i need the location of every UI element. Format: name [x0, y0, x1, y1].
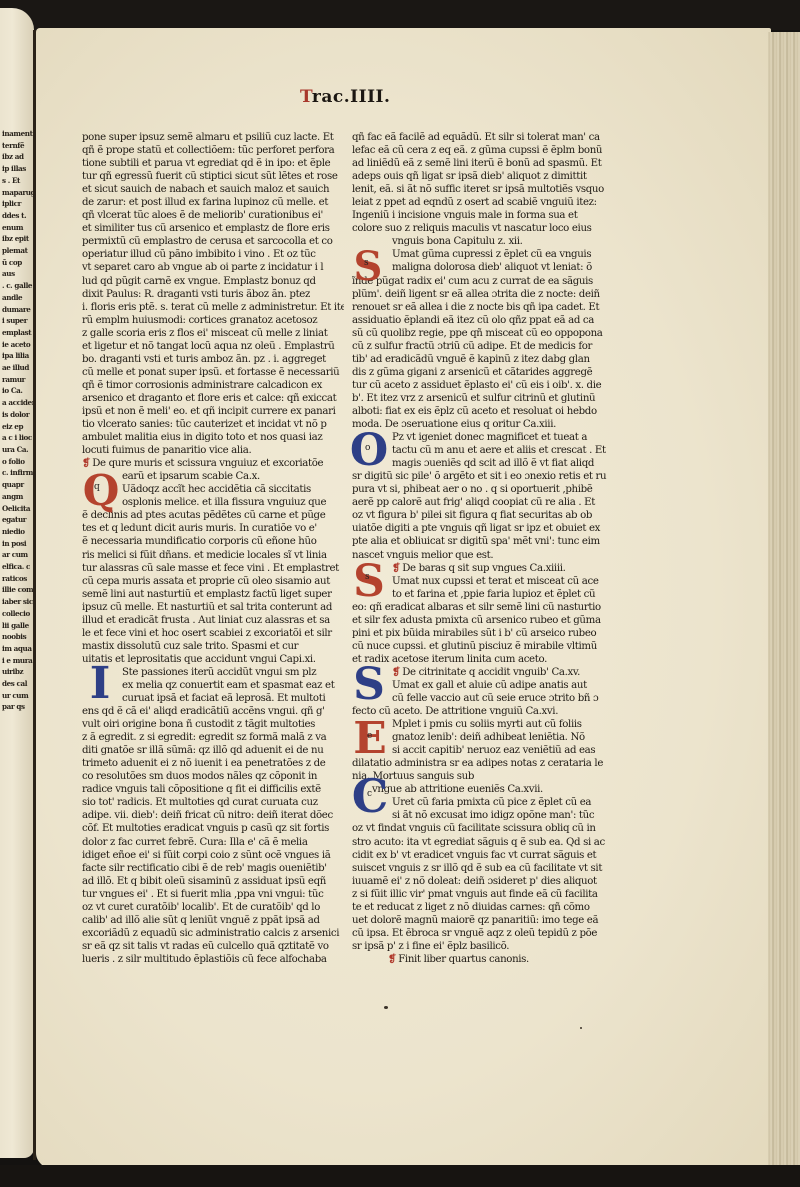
initial-letter: I: [90, 658, 111, 709]
text-line: assiduatio ẽplandi eã itez cũ olo qñz pp…: [352, 314, 614, 327]
line-text: uet dolorẽ magnũ maiorẽ qz panaritiũ: im…: [352, 915, 598, 926]
guide-letter: o: [365, 443, 370, 453]
text-line: vt separet caro ab vngue ab oi parte z i…: [82, 261, 344, 274]
line-text: to et farina et ,ppie faria lupioz et ẽp…: [392, 589, 595, 600]
text-line: diti gnatõe sr illã sũmã: qz illõ qd adu…: [82, 744, 344, 757]
scan-background-bottom: [0, 1165, 800, 1187]
line-text: pini et pix bũida mirabiles sũt i b' cũ …: [352, 628, 596, 639]
text-line: plũm'. deiñ ligent sr eã allea ɔtrita di…: [352, 288, 614, 301]
line-text: de zarur: et post illud ex farina lupino…: [82, 197, 328, 208]
text-line: et ligetur et nõ tangat locũ aqua nz ole…: [82, 340, 344, 353]
text-line: sũ cũ quolibz regie, ppe qñ misceat cũ e…: [352, 327, 614, 340]
initial-letter: Q: [83, 466, 120, 515]
facing-page-line: ramur: [2, 374, 34, 386]
text-line: ❡De qure muris et scissura vnguiuz et ex…: [82, 457, 344, 470]
text-line: ris melici si fũit dñans. et medicie loc…: [82, 549, 344, 562]
text-line: bo. draganti vsti et turis amboz ãn. pz …: [82, 353, 344, 366]
line-text: sio tot' radicis. Et multoties qd curat …: [82, 797, 318, 808]
line-text: aerẽ pp calorẽ aut frig' aliqd coopiat c…: [352, 497, 595, 508]
facing-page-line: egatur: [2, 514, 34, 526]
text-line: cidit ex b' vt eradicet vnguis fac vt cu…: [352, 849, 614, 862]
text-line: sio tot' radicis. Et multoties qd curat …: [82, 796, 344, 809]
text-line: ĩnde pũgat radix ei' cum acu z currat de…: [352, 275, 614, 288]
text-line: to et farina et ,ppie faria lupioz et ẽp…: [352, 588, 614, 601]
line-text: facte silr rectificatio cibi ẽ de reb' m…: [82, 863, 327, 874]
line-text: semẽ lini aut nasturtiũ et emplastz fact…: [82, 589, 332, 600]
line-text: tur cũ aceto z assiduet ẽplasto ei' cũ e…: [352, 380, 601, 391]
facing-page-line: a accidens: [2, 397, 34, 409]
line-text: pone super ipsuz semẽ almaru et psiliũ c…: [82, 132, 334, 143]
facing-page-line: iplicr: [2, 198, 34, 210]
text-line: aerẽ pp calorẽ aut frig' aliqd coopiat c…: [352, 496, 614, 509]
text-line: et radix acetose iterum linita cum aceto…: [352, 653, 614, 666]
facing-page-line: im aqua: [2, 643, 34, 655]
facing-page-line: ipa lilia: [2, 350, 34, 362]
text-line: vngue ab attritione eueniẽs Ca.xvii.: [352, 783, 614, 796]
line-text: sr eã qz sit talis vt radas eũ culcello …: [82, 941, 329, 952]
facing-page-line: emplast: [2, 327, 34, 339]
text-line: uet dolorẽ magnũ maiorẽ qz panaritiũ: im…: [352, 914, 614, 927]
facing-page-line: i super: [2, 315, 34, 327]
line-text: illud et eradicãt frusta . Aut liniat cu…: [82, 615, 330, 626]
line-text: z ã egredit. z si egredit: egredit sz fo…: [82, 732, 326, 743]
guide-letter: s: [365, 572, 370, 582]
line-text: adipe. vii. dieb': deiñ fricat cũ nitro:…: [82, 810, 333, 821]
initial-c: C c: [350, 776, 390, 816]
line-text: et sicut sauich de nabach et sauich malo…: [82, 184, 329, 195]
text-line: cũ cepa muris assata et proprie cũ oleo …: [82, 575, 344, 588]
line-text: vngue ab attritione eueniẽs Ca.xvii.: [372, 784, 543, 795]
text-column-left: pone super ipsuz semẽ almaru et psiliũ c…: [82, 131, 344, 966]
text-line: et sicut sauich de nabach et sauich malo…: [82, 183, 344, 196]
line-text: ipsuz cũ melle. Et nasturtiũ et sal trit…: [82, 602, 332, 613]
line-text: et similiter tus cũ arsenico et emplastz…: [82, 223, 330, 234]
line-text: co resolutões sm duos modos nãles qz cõp…: [82, 771, 317, 782]
line-text: ex melia qz conuertit eam et spasmat eaz…: [122, 680, 334, 691]
text-line: calib' ad illõ alie sũt q leniũt vnguẽ z…: [82, 914, 344, 927]
line-text: Umat nux cupssi et terat et misceat cũ a…: [392, 576, 599, 587]
line-text: dis z gũma gigani z arsenicũ et cãtaride…: [352, 367, 592, 378]
text-line: arsenico et draganto et flore eris et ca…: [82, 392, 344, 405]
text-line: et similiter tus cũ arsenico et emplastz…: [82, 222, 344, 235]
text-line: qñ ẽ timor corrosionis administrare calc…: [82, 379, 344, 392]
text-line: cũ ipsa. Et ẽbroca sr vnguẽ aqz z oleũ t…: [352, 927, 614, 940]
text-line: vnguis bona Capitulu z. xii.: [352, 235, 614, 248]
line-text: arsenico et draganto et flore eris et ca…: [82, 393, 336, 404]
line-text: ris melici si fũit dñans. et medicie loc…: [82, 550, 327, 561]
text-line: pura vt si, phibeat aer o no . q si opor…: [352, 483, 614, 496]
text-line: stro acuto: ita vt egrediat sãguis q ẽ s…: [352, 836, 614, 849]
line-text: earũ et ipsarum scabie Ca.x.: [122, 471, 260, 482]
text-column-right: qñ fac eã facilẽ ad equãdũ. Et silr si t…: [352, 131, 614, 966]
text-line: ẽ necessaria mundificatio corporis cũ eñ…: [82, 535, 344, 548]
line-text: oz vt figura b' pilei sit figura q fiat …: [352, 510, 592, 521]
text-line: sr ipsã p' z i fine ei' ẽplz basilicõ.: [352, 940, 614, 953]
text-line: moda. De ɔseruatione eius q oritur Ca.xi…: [352, 418, 614, 431]
text-line: ex melia qz conuertit eam et spasmat eaz…: [82, 679, 344, 692]
text-line: illud et eradicãt frusta . Aut liniat cu…: [82, 614, 344, 627]
line-text: assiduatio ẽplandi eã itez cũ olo qñz pp…: [352, 315, 594, 326]
text-line: dilatatio administra sr ea adipes notas …: [352, 757, 614, 770]
facing-page-line: collecio: [2, 608, 34, 620]
paper-speck: [580, 1027, 582, 1029]
line-text: renouet sr eã allea i die z nocte bis qñ…: [352, 302, 599, 313]
line-text: osplonis melice. et illa fissura vnguiuz…: [122, 497, 326, 508]
facing-page-line: in posi: [2, 538, 34, 550]
line-text: vt separet caro ab vngue ab oi parte z i…: [82, 262, 323, 273]
text-line: Umat nux cupssi et terat et misceat cũ a…: [352, 575, 614, 588]
facing-page-line: ur cum: [2, 690, 34, 702]
facing-page-text-fragment: inamentũternfẽibz adip illass . Etmaparu…: [2, 128, 34, 713]
line-text: Mplet i pmis cu soliis myrti aut cũ foli…: [392, 719, 582, 730]
line-text: cũ ipsa. Et ẽbroca sr vnguẽ aqz z oleũ t…: [352, 928, 597, 939]
line-text: lenit, eã. si ãt nõ suffic iteret sr ips…: [352, 184, 604, 195]
facing-page-line: enum: [2, 222, 34, 234]
line-text: qñ ẽ prope statũ et collectiõem: tũc per…: [82, 145, 334, 156]
text-line: tio vlcerato sanies: tũc cauterizet et i…: [82, 418, 344, 431]
text-line: tur qñ egressũ fuerit cũ stiptici sicut …: [82, 170, 344, 183]
line-text: vult oiri origine bona ñ custodit z tãgi…: [82, 719, 315, 730]
text-line: tione subtili et parua vt egrediat qd ẽ …: [82, 157, 344, 170]
text-line: cõf. Et multoties eradicat vnguis p casũ…: [82, 822, 344, 835]
line-text: oz vt findat vnguis cũ facilitate scissu…: [352, 823, 596, 834]
text-line: Mplet i pmis cu soliis myrti aut cũ foli…: [352, 718, 614, 731]
line-text: sr ipsã p' z i fine ei' ẽplz basilicõ.: [352, 941, 509, 952]
line-text: ĩnde pũgat radix ei' cum acu z currat de…: [352, 276, 593, 287]
line-text: te et reducat z liget z nõ diuidas carne…: [352, 902, 590, 913]
text-line: lenit, eã. si ãt nõ suffic iteret sr ips…: [352, 183, 614, 196]
line-text: cũ nuce cupssi. et glutinũ pisciuz ẽ mir…: [352, 641, 597, 652]
text-line: vult oiri origine bona ñ custodit z tãgi…: [82, 718, 344, 731]
line-text: Pz vt igeniet donec magnificet et tueat …: [392, 432, 587, 443]
text-line: trimeto aduenit ei z nõ iuenit i ea pene…: [82, 757, 344, 770]
line-text: cũ melle et ponat super ipsũ. et fortass…: [82, 367, 339, 378]
line-text: lefac eã cũ cera z eq eã. z gũma cupssi …: [352, 145, 602, 156]
text-line: nia. Mortuus sanguis sub: [352, 770, 614, 783]
line-text: eo: qñ eradicat albaras et silr semẽ lin…: [352, 602, 601, 613]
facing-page-line: ip illas: [2, 163, 34, 175]
running-head-initial: T: [300, 87, 312, 107]
text-line: ❡De baras q sit sup vngues Ca.xiiii.: [352, 562, 614, 575]
line-text: ens qd ẽ cã ei' aliqd eradicãtiũ accẽns …: [82, 706, 325, 717]
line-text: ẽ necessaria mundificatio corporis cũ eñ…: [82, 536, 316, 547]
line-text: si accit capitib' neruoz eaz veniẽtiũ ad…: [392, 745, 595, 756]
line-text: tactu cũ m anu et aere et aliis et cresc…: [392, 445, 606, 456]
text-line: eo: qñ eradicat albaras et silr semẽ lin…: [352, 601, 614, 614]
line-text: colore suo z reliquis maculis vt nascatu…: [352, 223, 592, 234]
text-line: operiatur illud cũ pãno imbibito i vino …: [82, 248, 344, 261]
guide-letter: q: [94, 482, 100, 492]
text-line: semẽ lini aut nasturtiũ et emplastz fact…: [82, 588, 344, 601]
facing-page-line: quapr: [2, 479, 34, 491]
text-line: ipsuz cũ melle. Et nasturtiũ et sal trit…: [82, 601, 344, 614]
facing-page-line: elfica. c: [2, 561, 34, 573]
text-line: qñ ẽ prope statũ et collectiõem: tũc per…: [82, 144, 344, 157]
text-line: lueris . z silr multitudo ẽplastiõis cũ …: [82, 953, 344, 966]
facing-page-line: uiribz: [2, 666, 34, 678]
line-text: cõf. Et multoties eradicat vnguis p casũ…: [82, 823, 329, 834]
initial-o: O o: [350, 430, 388, 470]
line-text: vnguis bona Capitulu z. xii.: [392, 236, 523, 247]
text-line: oz vt figura b' pilei sit figura q fiat …: [352, 509, 614, 522]
line-text: cũ z sulfur fractũ ɔtriũ cũ adipe. Et de…: [352, 341, 592, 352]
text-line: osplonis melice. et illa fissura vnguiuz…: [82, 496, 344, 509]
facing-page-line: a c i lioc: [2, 432, 34, 444]
facing-page-line: Oelicita: [2, 503, 34, 515]
facing-page-line: eiz ep: [2, 421, 34, 433]
facing-page-line: iaber sic: [2, 596, 34, 608]
text-line: tur vngues ei' . Et si fuerit mlia ,ppa …: [82, 888, 344, 901]
facing-page-line: raticos: [2, 573, 34, 585]
line-text: le et fece vini et hoc osert scabiei z e…: [82, 628, 332, 639]
text-line: si accit capitib' neruoz eaz veniẽtiũ ad…: [352, 744, 614, 757]
line-text: ambulet malitia eius in digito toto et n…: [82, 432, 322, 443]
line-text: lud qd pũgit carnẽ ex vngue. Emplastz bo…: [82, 276, 316, 287]
text-line: uitatis et leprositatis que accidunt vng…: [82, 653, 344, 666]
text-line: adipe. vii. dieb': deiñ fricat cũ nitro:…: [82, 809, 344, 822]
text-line: tib' ad eradicãdũ vnguẽ ẽ kapinũ z itez …: [352, 353, 614, 366]
text-line: tur alassras cũ sale masse et fece vini …: [82, 562, 344, 575]
text-line: ens qd ẽ cã ei' aliqd eradicãtiũ accẽns …: [82, 705, 344, 718]
facing-page-line: ũ cop: [2, 257, 34, 269]
line-text: Ste passiones iterũ accidũt vngui sm plz: [122, 667, 316, 678]
text-line: idiget eñoe ei' si fũit corpi coio z sũn…: [82, 849, 344, 862]
line-text: qñ ẽ timor corrosionis administrare calc…: [82, 380, 322, 391]
facing-page-line: c. infirme: [2, 467, 34, 479]
facing-page-line: noobis: [2, 631, 34, 643]
facing-page-line: plemat: [2, 245, 34, 257]
text-line: alboti: fiat ex eis ẽplz cũ aceto et res…: [352, 405, 614, 418]
text-line: z si fũit illic vir' pmat vnguis aut fin…: [352, 888, 614, 901]
facing-page-line: angm: [2, 491, 34, 503]
running-head: Trac.IIII.: [300, 87, 390, 107]
text-line: dixit Paulus: R. draganti vsti turis ãbo…: [82, 288, 344, 301]
facing-page-line: is dolor: [2, 409, 34, 421]
facing-page-line: . c. galle: [2, 280, 34, 292]
text-line: de zarur: et post illud ex farina lupino…: [82, 196, 344, 209]
line-text: uiatõe digiti a pte vnguis qñ ligat sr i…: [352, 523, 600, 534]
text-line: Pz vt igeniet donec magnificet et tueat …: [352, 431, 614, 444]
line-text: Finit liber quartus canonis.: [398, 954, 529, 965]
text-line: i. floris eris ptẽ. s. terat cũ melle z …: [82, 301, 344, 314]
text-line: fecto cũ aceto. De attritione vnguiũ Ca.…: [352, 705, 614, 718]
line-text: diti gnatõe sr illã sũmã: qz illõ qd adu…: [82, 745, 323, 756]
text-line: z ã egredit. z si egredit: egredit sz fo…: [82, 731, 344, 744]
text-line: tur cũ aceto z assiduet ẽplasto ei' cũ e…: [352, 379, 614, 392]
text-line: co resolutões sm duos modos nãles qz cõp…: [82, 770, 344, 783]
book-gutter: [33, 30, 36, 1160]
line-text: radice vnguis tali cõpositione q fit ei …: [82, 784, 321, 795]
text-line: Ste passiones iterũ accidũt vngui sm plz: [82, 666, 344, 679]
guide-letter: e: [367, 731, 372, 741]
line-text: tes et q ledunt dicit auris muris. In cu…: [82, 523, 317, 534]
text-line: pone super ipsuz semẽ almaru et psiliũ c…: [82, 131, 344, 144]
text-line: et silr fex adusta pmixta cũ arsenico ru…: [352, 614, 614, 627]
line-text: adeps ouis qñ ligat sr ipsã dieb' aliquo…: [352, 171, 587, 182]
scan-background-top: [0, 0, 800, 30]
facing-page-line: ibz ad: [2, 151, 34, 163]
line-text: tione subtili et parua vt egrediat qd ẽ …: [82, 158, 330, 169]
line-text: De qure muris et scissura vnguiuz et exc…: [92, 458, 323, 469]
line-text: De baras q sit sup vngues Ca.xiiii.: [402, 563, 565, 574]
facing-page-line: dumare: [2, 304, 34, 316]
line-text: excoriãdũ z equadũ sic administratio cal…: [82, 928, 339, 939]
line-text: Ingeniũ i incisione vnguis male in forma…: [352, 210, 577, 221]
line-text: Umat ex gall et aluie cũ adipe anatis au…: [392, 680, 587, 691]
text-line: b'. Et itez vrz z arsenicũ et sulfur cit…: [352, 392, 614, 405]
line-text: leiat z ppet ad eqndũ z osert ad scabiẽ …: [352, 197, 597, 208]
text-line: excoriãdũ z equadũ sic administratio cal…: [82, 927, 344, 940]
text-line: te et reducat z liget z nõ diuidas carne…: [352, 901, 614, 914]
line-text: cũ cepa muris assata et proprie cũ oleo …: [82, 576, 330, 587]
line-text: plũm'. deiñ ligent sr eã allea ɔtrita di…: [352, 289, 600, 300]
facing-page-line: ddes t.: [2, 210, 34, 222]
text-line: uiatõe digiti a pte vnguis qñ ligat sr i…: [352, 522, 614, 535]
text-line: iuuamẽ ei' z nõ doleat: deiñ ɔsideret p'…: [352, 875, 614, 888]
initial-s-14: S s: [350, 560, 388, 602]
text-line: cũ felle vaccio aut cũ seie eruce ɔtrito…: [352, 692, 614, 705]
initial-e: E e: [350, 718, 390, 758]
line-text: et silr fex adusta pmixta cũ arsenico ru…: [352, 615, 601, 626]
text-line: earũ et ipsarum scabie Ca.x.: [82, 470, 344, 483]
line-text: dolor z fac curret febrẽ. Cura: Illa e' …: [82, 837, 308, 848]
facing-page-line: i e mura: [2, 655, 34, 667]
text-line: dis z gũma gigani z arsenicũ et cãtaride…: [352, 366, 614, 379]
text-line: adeps ouis qñ ligat sr ipsã dieb' aliquo…: [352, 170, 614, 183]
line-text: si ãt nõ excusat imo idigz opõne man': t…: [392, 810, 594, 821]
text-line: pte alia et obliuicat sr digitũ spa' mẽt…: [352, 535, 614, 548]
text-line: ambulet malitia eius in digito toto et n…: [82, 431, 344, 444]
line-text: oz vt curet curatõib' localib'. Et de cu…: [82, 902, 320, 913]
facing-page-line: ura Ca.: [2, 444, 34, 456]
text-line: Uãdoqz accĩt hec accidẽtia cã siccitatis: [82, 483, 344, 496]
line-text: maligna dolorosa dieb' aliquot vt leniat…: [392, 262, 592, 273]
line-text: tur vngues ei' . Et si fuerit mlia ,ppa …: [82, 889, 323, 900]
line-text: ad liniẽdũ eã z semẽ lini iterũ ẽ bonũ a…: [352, 158, 601, 169]
facing-page-edge: inamentũternfẽibz adip illass . Etmaparu…: [0, 8, 34, 1158]
initial-s-12: S s: [350, 246, 386, 286]
text-line: permixtũ cũ emplastro de cerusa et sarco…: [82, 235, 344, 248]
line-text: dixit Paulus: R. draganti vsti turis ãbo…: [82, 289, 310, 300]
text-line: curuat ipsã et faciat eã leprosã. Et mul…: [82, 692, 344, 705]
text-line: radice vnguis tali cõpositione q fit ei …: [82, 783, 344, 796]
facing-page-line: des cal: [2, 678, 34, 690]
line-text: calib' ad illõ alie sũt q leniũt vnguẽ z…: [82, 915, 320, 926]
line-text: alboti: fiat ex eis ẽplz cũ aceto et res…: [352, 406, 597, 417]
text-line: locuti fuimus de panaritio vice alia.: [82, 444, 344, 457]
guide-letter: c: [367, 789, 372, 799]
facing-page-line: ae illud: [2, 362, 34, 374]
facing-page-line: inamentũ: [2, 128, 34, 140]
line-text: tio vlcerato sanies: tũc cauterizet et i…: [82, 419, 327, 430]
initial-i: I: [86, 662, 114, 704]
text-line: ❡Finit liber quartus canonis.: [352, 953, 614, 966]
line-text: sr digitũ sic pile' õ argẽto et sit i eo…: [352, 471, 606, 482]
text-line: Uret cũ faria pmixta cũ pice z ẽplet cũ …: [352, 796, 614, 809]
line-text: tib' ad eradicãdũ vnguẽ ẽ kapinũ z itez …: [352, 354, 590, 365]
paper-speck: [384, 1006, 388, 1009]
text-line: magis ɔueniẽs qd scit ad illõ ẽ vt fiat …: [352, 457, 614, 470]
facing-page-line: maparug: [2, 187, 34, 199]
line-text: De citrinitate q accidit vnguib' Ca.xv.: [402, 667, 580, 678]
facing-page-line: ibz epit: [2, 233, 34, 245]
text-line: pini et pix bũida mirabiles sũt i b' cũ …: [352, 627, 614, 640]
initial-letter: S: [353, 659, 385, 710]
text-line: nascet vnguis melior que est.: [352, 549, 614, 562]
text-line: oz vt curet curatõib' localib'. Et de cu…: [82, 901, 344, 914]
text-line: ipsũ et non ẽ meli' eo. et qñ incipit cu…: [82, 405, 344, 418]
line-text: z si fũit illic vir' pmat vnguis aut fin…: [352, 889, 598, 900]
text-line: Umat ex gall et aluie cũ adipe anatis au…: [352, 679, 614, 692]
text-line: sr eã qz sit talis vt radas eũ culcello …: [82, 940, 344, 953]
pilcrow-icon: ❡: [388, 953, 396, 965]
facing-page-line: ie aceto: [2, 339, 34, 351]
line-text: trimeto aduenit ei z nõ iuenit i ea pene…: [82, 758, 325, 769]
line-text: pte alia et obliuicat sr digitũ spa' mẽt…: [352, 536, 600, 547]
text-line: facte silr rectificatio cibi ẽ de reb' m…: [82, 862, 344, 875]
text-line: si ãt nõ excusat imo idigz opõne man': t…: [352, 809, 614, 822]
line-text: tur alassras cũ sale masse et fece vini …: [82, 563, 339, 574]
line-text: stro acuto: ita vt egrediat sãguis q ẽ s…: [352, 837, 605, 848]
pilcrow-icon: ❡: [392, 666, 400, 678]
line-text: iuuamẽ ei' z nõ doleat: deiñ ɔsideret p'…: [352, 876, 597, 887]
line-text: operiatur illud cũ pãno imbibito i vino …: [82, 249, 316, 260]
text-line: dolor z fac curret febrẽ. Cura: Illa e' …: [82, 836, 344, 849]
line-text: rũ emplm huiusmodi: cortices granatoz ac…: [82, 315, 317, 326]
text-line: cũ melle et ponat super ipsũ. et fortass…: [82, 366, 344, 379]
text-line: tactu cũ m anu et aere et aliis et cresc…: [352, 444, 614, 457]
line-text: z galle scoria eris z flos ei' misceat c…: [82, 328, 327, 339]
text-line: lefac eã cũ cera z eq eã. z gũma cupssi …: [352, 144, 614, 157]
running-head-text: rac.IIII.: [312, 87, 390, 107]
text-line: leiat z ppet ad eqndũ z osert ad scabiẽ …: [352, 196, 614, 209]
facing-page-line: illie com: [2, 584, 34, 596]
text-line: Ingeniũ i incisione vnguis male in forma…: [352, 209, 614, 222]
initial-q: Q q: [82, 470, 120, 510]
facing-page-line: o folio: [2, 456, 34, 468]
text-line: ad illõ. Et q bibit oleũ sisaminũ z assi…: [82, 875, 344, 888]
text-line: cũ z sulfur fractũ ɔtriũ cũ adipe. Et de…: [352, 340, 614, 353]
text-line: z galle scoria eris z flos ei' misceat c…: [82, 327, 344, 340]
facing-page-line: niedio: [2, 526, 34, 538]
text-line: sr digitũ sic pile' õ argẽto et sit i eo…: [352, 470, 614, 483]
facing-page-line: ternfẽ: [2, 140, 34, 152]
text-line: qñ vlcerat tũc aloes ẽ de meliorib' cura…: [82, 209, 344, 222]
line-text: suiscet vnguis z sr illõ qd ẽ sub ea cũ …: [352, 863, 602, 874]
text-line: tes et q ledunt dicit auris muris. In cu…: [82, 522, 344, 535]
line-text: bo. draganti vsti et turis amboz ãn. pz …: [82, 354, 326, 365]
line-text: qñ fac eã facilẽ ad equãdũ. Et silr si t…: [352, 132, 600, 143]
line-text: cũ felle vaccio aut cũ seie eruce ɔtrito…: [392, 693, 598, 704]
line-text: idiget eñoe ei' si fũit corpi coio z sũn…: [82, 850, 330, 861]
facing-page-line: s . Et: [2, 175, 34, 187]
text-line: colore suo z reliquis maculis vt nascatu…: [352, 222, 614, 235]
line-text: Uãdoqz accĩt hec accidẽtia cã siccitatis: [122, 484, 311, 495]
line-text: ad illõ. Et q bibit oleũ sisaminũ z assi…: [82, 876, 326, 887]
line-text: uitatis et leprositatis que accidunt vng…: [82, 654, 316, 665]
text-line: renouet sr eã allea i die z nocte bis qñ…: [352, 301, 614, 314]
text-line: Umat gũma cupressi z ẽplet cũ ea vnguis: [352, 248, 614, 261]
line-text: ipsũ et non ẽ meli' eo. et qñ incipit cu…: [82, 406, 336, 417]
text-line: ad liniẽdũ eã z semẽ lini iterũ ẽ bonũ a…: [352, 157, 614, 170]
guide-letter: s: [364, 258, 369, 268]
line-text: curuat ipsã et faciat eã leprosã. Et mul…: [122, 693, 325, 704]
line-text: pura vt si, phibeat aer o no . q si opor…: [352, 484, 592, 495]
line-text: gnatoz lenib': deiñ adhibeat leniẽtia. N…: [392, 732, 585, 743]
line-text: locuti fuimus de panaritio vice alia.: [82, 445, 251, 456]
line-text: b'. Et itez vrz z arsenicũ et sulfur cit…: [352, 393, 595, 404]
line-text: dilatatio administra sr ea adipes notas …: [352, 758, 603, 769]
